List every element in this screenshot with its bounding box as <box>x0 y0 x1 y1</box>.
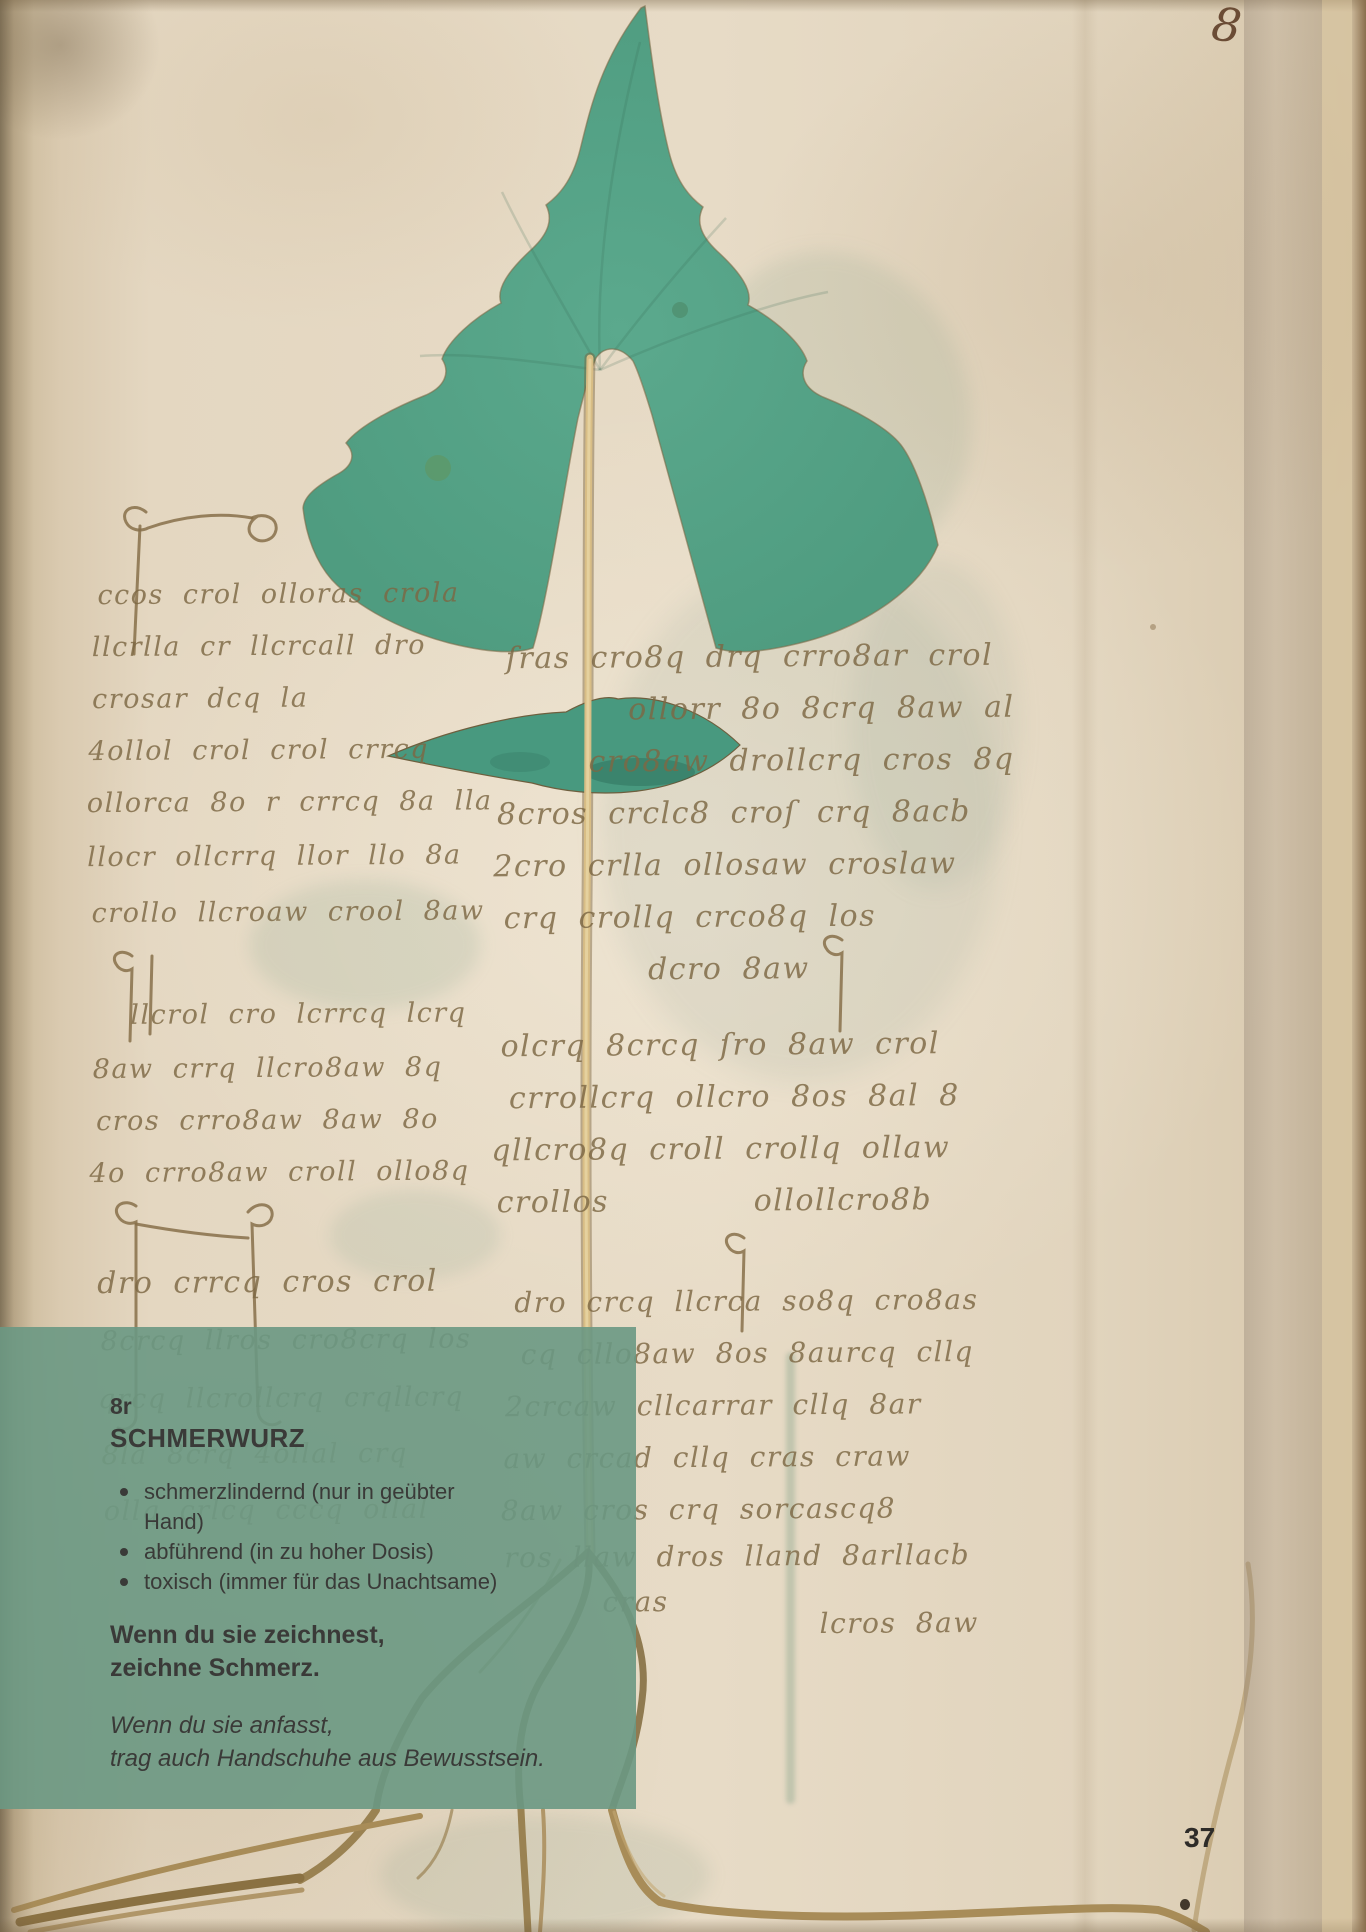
voynich-script-line: 8cros crclc8 croſ crq 8acb <box>497 794 971 832</box>
voynich-script-line: crosar dcq la <box>92 683 308 716</box>
note-line: trag auch Handschuhe aus Bewusstsein. <box>110 1742 580 1775</box>
page-right-edge <box>1352 0 1366 1932</box>
voynich-script-line: lcros 8aw <box>819 1606 978 1640</box>
property-bullet: abführend (in zu hoher Dosis) <box>110 1537 580 1567</box>
note-text: Wenn du sie anfasst, trag auch Handschuh… <box>110 1709 580 1775</box>
property-bullet-line: toxisch (immer für das Unachtsame) <box>144 1567 580 1597</box>
note-line: Wenn du sie anfasst, <box>110 1709 580 1742</box>
voynich-script-line: 4ollol crol crol crrcq <box>88 734 429 767</box>
manuscript-page: ccos crol olloras crolallcrlla cr llcrca… <box>0 0 1366 1932</box>
voynich-script-line: crollo llcroaw crool 8aw <box>92 895 485 929</box>
voynich-script-line: ccos crol olloras crola <box>97 578 459 612</box>
voynich-script-line: 8aw crrq llcro8aw 8q <box>93 1052 443 1085</box>
voynich-script-line: crq crollq crco8q los <box>504 899 877 937</box>
property-bullet-line: schmerzlindernd (nur in geübter <box>144 1477 580 1507</box>
voynich-script-line: ollorr 8o 8crq 8aw al <box>628 690 1015 728</box>
property-bullet: schmerzlindernd (nur in geübterHand) <box>110 1477 580 1537</box>
voynich-script-line: llocr ollcrrq llor llo 8a <box>87 840 462 874</box>
page-number: 37 <box>1184 1822 1215 1854</box>
page-bottom-edge-shadow <box>0 1918 1366 1932</box>
overlay-folio-label: 8r <box>110 1391 580 1421</box>
property-bullet-line: abführend (in zu hoher Dosis) <box>144 1537 580 1567</box>
overlay-title: SCHMERWURZ <box>110 1421 580 1455</box>
voynich-script-line: dro crrcq cros crol <box>97 1264 438 1301</box>
voynich-script-line: llcrol cro lcrrcq lcrq <box>130 998 466 1031</box>
ink-dot <box>1180 1899 1190 1910</box>
voynich-script-line: ollollcro8b <box>754 1182 933 1218</box>
properties-list: schmerzlindernd (nur in geübterHand)abfü… <box>110 1477 580 1597</box>
emphasis-text: Wenn du sie zeichnest, zeichne Schmerz. <box>110 1619 580 1685</box>
voynich-script-line: cros crro8aw 8aw 8o <box>96 1104 439 1137</box>
binding-fold-strip <box>1244 0 1322 1932</box>
emphasis-line: Wenn du sie zeichnest, <box>110 1619 580 1652</box>
voynich-script-line: crrollcrq ollcro 8os 8al 8 <box>509 1078 960 1116</box>
property-bullet: toxisch (immer für das Unachtsame) <box>110 1567 580 1597</box>
annotation-panel: 8r SCHMERWURZ schmerzlindernd (nur in ge… <box>0 1327 636 1809</box>
voynich-script-line: crollos <box>497 1185 610 1221</box>
voynich-script-line: ollorca 8o r crrcq 8a lla <box>87 785 493 819</box>
page-top-edge-shadow <box>0 0 1366 12</box>
voynich-script-line: dro crcq llcrca so8q cro8as <box>514 1283 978 1319</box>
voynich-script-line: ſras cro8q drq crro8ar crol <box>506 638 994 676</box>
voynich-script-line: llcrlla cr llcrcall dro <box>92 630 426 663</box>
annotation-panel-content: 8r SCHMERWURZ schmerzlindernd (nur in ge… <box>110 1391 580 1775</box>
voynich-script-line: 2cro crlla ollosaw croslaw <box>493 846 956 884</box>
page-edge-strip <box>1322 0 1352 1932</box>
voynich-script-line: olcrq 8crcq ſro 8aw crol <box>500 1026 940 1064</box>
emphasis-line: zeichne Schmerz. <box>110 1652 580 1685</box>
ink-fleck <box>1150 624 1156 630</box>
voynich-script-line: dcro 8aw <box>648 951 810 987</box>
voynich-script-line: cro8aw drollcrq cros 8q <box>588 742 1014 780</box>
voynich-script-line: qllcro8q croll crollq ollaw <box>491 1130 950 1168</box>
property-bullet-line: Hand) <box>144 1507 580 1537</box>
voynich-script-line: 4o crro8aw croll ollo8q <box>89 1155 469 1189</box>
